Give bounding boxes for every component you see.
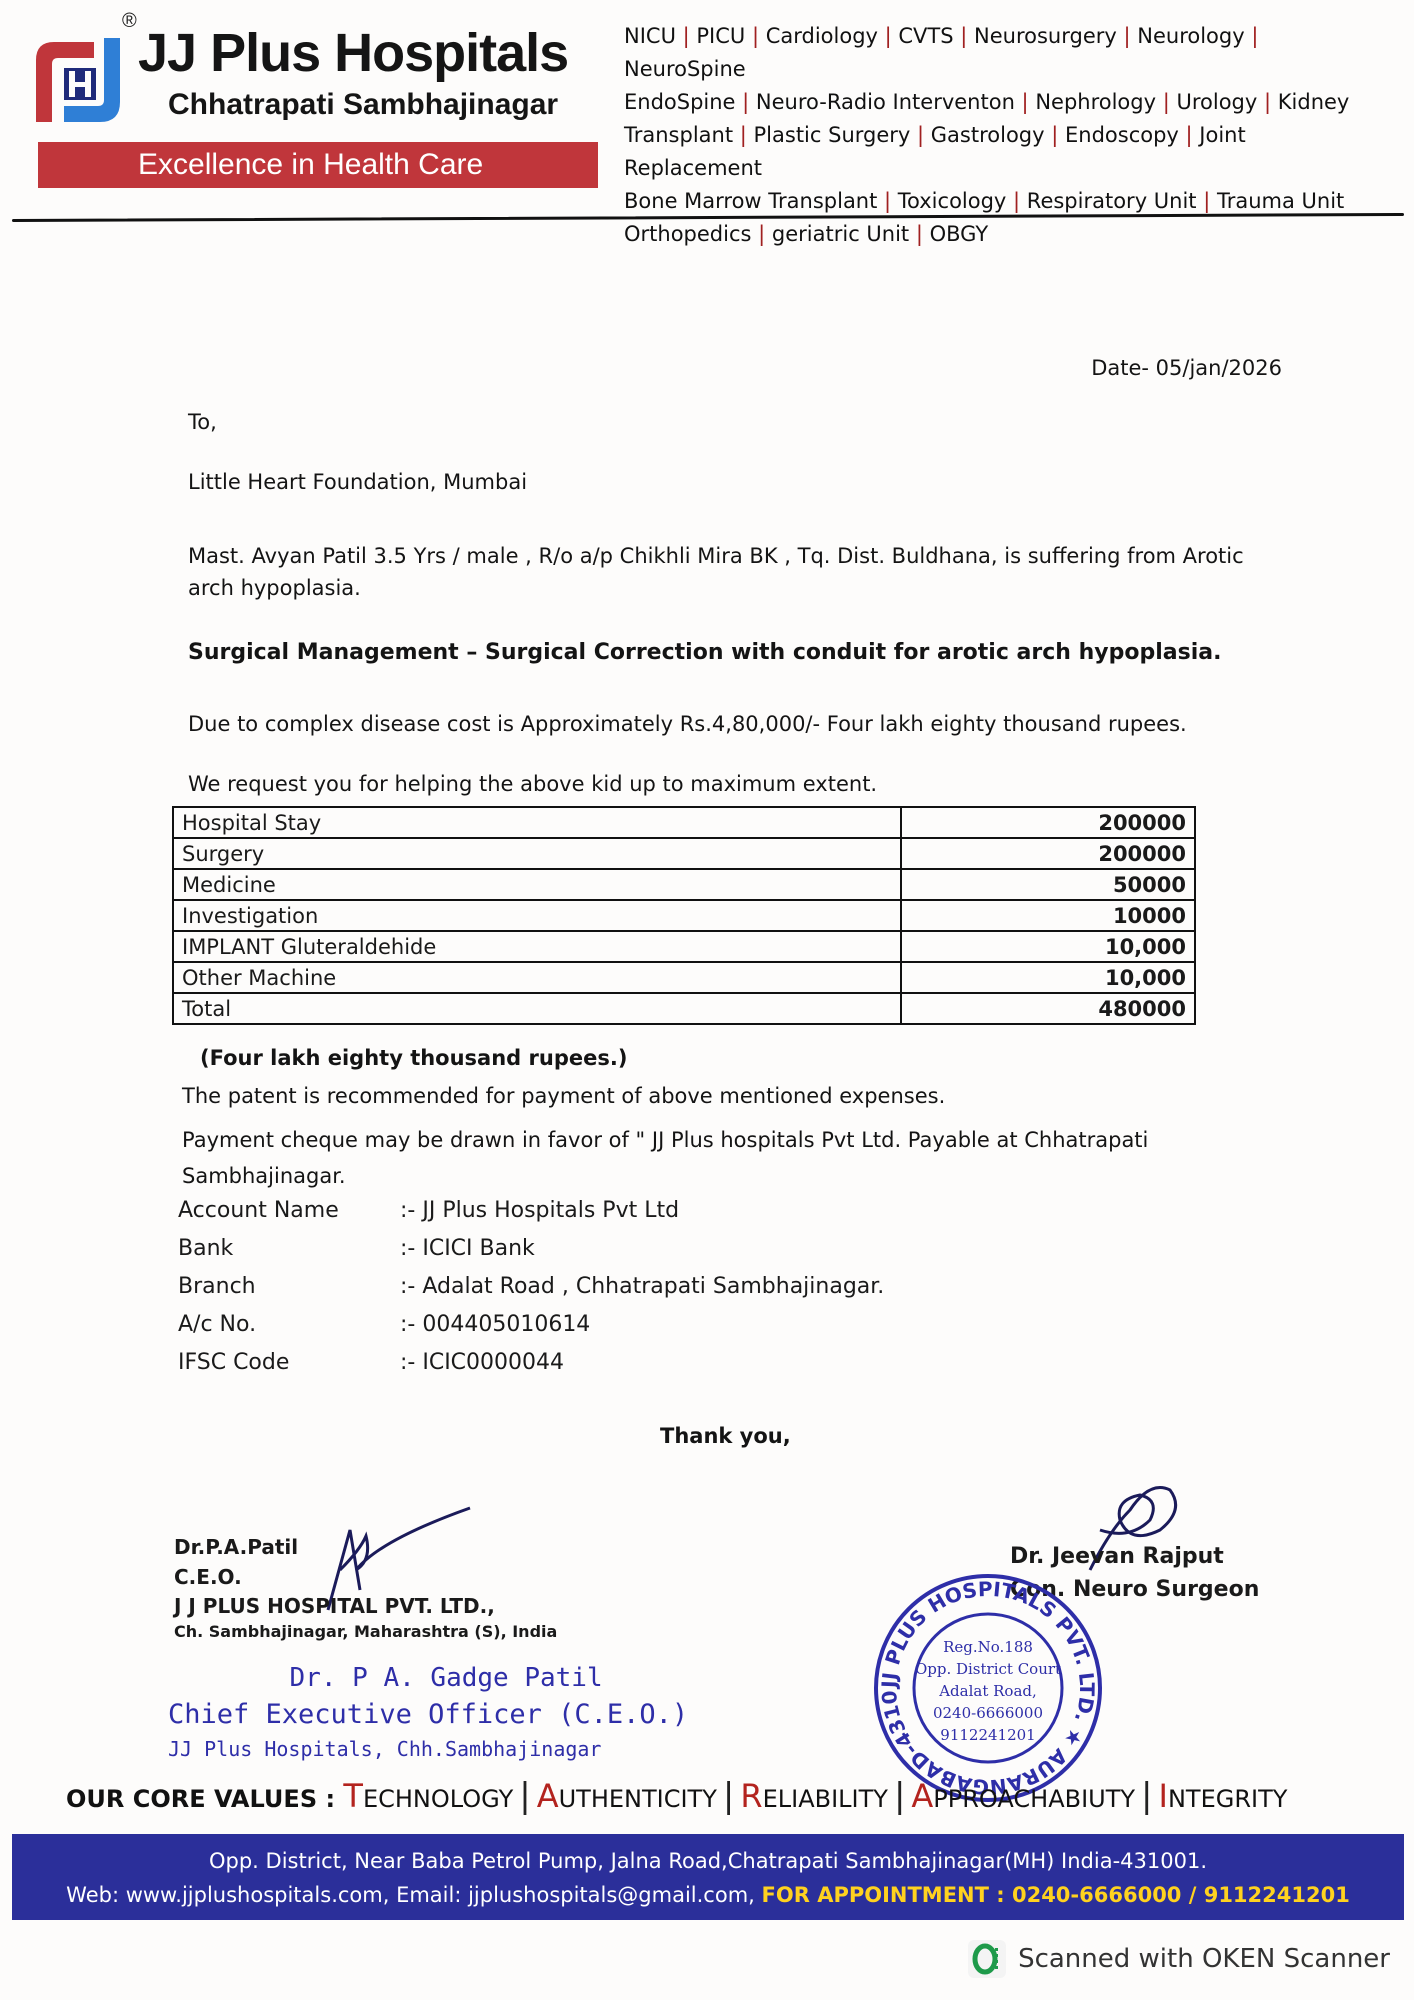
hospital-name: JJ Plus Hospitals <box>138 22 568 84</box>
cost-item: Surgery <box>173 838 901 869</box>
bank-detail-row: Account Name:- JJ Plus Hospitals Pvt Ltd <box>178 1192 884 1230</box>
separator: | <box>1179 123 1199 147</box>
bank-detail-row: Bank:- ICICI Bank <box>178 1230 884 1268</box>
cost-amount: 200000 <box>901 838 1195 869</box>
separator: | <box>1015 90 1035 114</box>
table-row: Medicine50000 <box>173 869 1195 900</box>
department-item: Respiratory Unit <box>1027 189 1197 213</box>
hospital-city: Chhatrapati Sambhajinagar <box>168 88 558 122</box>
footer-address: Opp. District, Near Baba Petrol Pump, Ja… <box>12 1834 1404 1878</box>
separator: | <box>1245 24 1259 48</box>
cost-amount: 10,000 <box>901 931 1195 962</box>
department-item: Urology <box>1176 90 1257 114</box>
separator: | <box>909 222 929 246</box>
separator: | <box>733 123 753 147</box>
core-value: INTEGRITY <box>1159 1785 1288 1813</box>
cost-amount: 10000 <box>901 900 1195 931</box>
table-row: Other Machine10,000 <box>173 962 1195 993</box>
bank-detail-label: IFSC Code <box>178 1344 400 1382</box>
separator: | <box>878 24 898 48</box>
core-values: OUR CORE VALUES : TECHNOLOGY|AUTHENTICIT… <box>66 1776 1287 1816</box>
bank-detail-value: :- JJ Plus Hospitals Pvt Ltd <box>400 1192 679 1230</box>
bank-detail-label: A/c No. <box>178 1306 400 1344</box>
department-item: geriatric Unit <box>772 222 909 246</box>
department-item: Gastrology <box>931 123 1045 147</box>
svg-text:Opp. District Court: Opp. District Court <box>915 1660 1061 1678</box>
hospital-seal-icon: JJ PLUS HOSPITALS PVT. LTD. ★ AURANGABAD… <box>870 1570 1106 1806</box>
separator: | <box>910 123 930 147</box>
table-row: Hospital Stay200000 <box>173 807 1195 838</box>
department-item: CVTS <box>898 24 953 48</box>
bank-detail-row: Branch:- Adalat Road , Chhatrapati Sambh… <box>178 1268 884 1306</box>
department-item: Transplant <box>624 123 733 147</box>
separator: | <box>1045 123 1065 147</box>
svg-text:Reg.No.188: Reg.No.188 <box>943 1638 1033 1656</box>
cost-statement: Due to complex disease cost is Approxima… <box>188 712 1187 736</box>
department-item: Trauma Unit <box>1217 189 1344 213</box>
separator: | <box>1006 189 1026 213</box>
surgical-management: Surgical Management – Surgical Correctio… <box>188 640 1221 665</box>
cost-item: Total <box>173 993 901 1024</box>
ceo-signature-block: Dr.P.A.Patil C.E.O. J J PLUS HOSPITAL PV… <box>174 1532 557 1644</box>
department-item: Cardiology <box>766 24 878 48</box>
cost-item: Medicine <box>173 869 901 900</box>
bank-detail-label: Bank <box>178 1230 400 1268</box>
cost-item: Other Machine <box>173 962 901 993</box>
separator: | <box>723 1776 734 1816</box>
core-value: TECHNOLOGY <box>343 1785 513 1813</box>
cost-amount: 480000 <box>901 993 1195 1024</box>
cheque-note: Payment cheque may be drawn in favor of … <box>182 1122 1292 1194</box>
departments-line: EndoSpine | Neuro-Radio Interventon | Ne… <box>624 86 1384 119</box>
separator: | <box>745 24 765 48</box>
bank-detail-value: :- Adalat Road , Chhatrapati Sambhajinag… <box>400 1268 884 1306</box>
department-item: NICU <box>624 24 676 48</box>
ceo-stamp-title: Chief Executive Officer (C.E.O.) <box>168 1696 688 1734</box>
department-item: PICU <box>696 24 745 48</box>
footer-web-email: Web: www.jjplushospitals.com, Email: jjp… <box>66 1883 755 1907</box>
core-value: AUTHENTICITY <box>537 1785 717 1813</box>
core-value: APPROACHABIUTY <box>911 1785 1135 1813</box>
department-item: Endoscopy <box>1065 123 1179 147</box>
department-item: Kidney <box>1278 90 1350 114</box>
department-item: Orthopedics <box>624 222 751 246</box>
patient-paragraph: Mast. Avyan Patil 3.5 Yrs / male , R/o a… <box>188 540 1288 604</box>
surgeon-name: Dr. Jeevan Rajput <box>1010 1540 1259 1573</box>
table-row: Surgery200000 <box>173 838 1195 869</box>
separator: | <box>1141 1776 1152 1816</box>
footer-appointment: FOR APPOINTMENT : 0240-6666000 / 9112241… <box>762 1883 1350 1907</box>
scanner-watermark: Scanned with OKEN Scanner <box>968 1940 1390 1978</box>
separator: | <box>676 24 696 48</box>
ceo-location: Ch. Sambhajinagar, Maharashtra (S), Indi… <box>174 1620 557 1644</box>
department-item: Neurosurgery <box>974 24 1117 48</box>
departments-line: Transplant | Plastic Surgery | Gastrolog… <box>624 119 1384 185</box>
separator: | <box>751 222 771 246</box>
cost-breakdown-table: Hospital Stay200000Surgery200000Medicine… <box>172 806 1196 1025</box>
bank-detail-label: Account Name <box>178 1192 400 1230</box>
bank-detail-label: Branch <box>178 1268 400 1306</box>
cost-amount: 50000 <box>901 869 1195 900</box>
department-item: NeuroSpine <box>624 57 746 81</box>
request-line: We request you for helping the above kid… <box>188 772 877 796</box>
bank-detail-value: :- 004405010614 <box>400 1306 590 1344</box>
ceo-company: J J PLUS HOSPITAL PVT. LTD., <box>174 1592 557 1620</box>
separator: | <box>1156 90 1176 114</box>
tagline-text: Excellence in Health Care <box>138 148 483 181</box>
cost-item: IMPLANT Gluteraldehide <box>173 931 901 962</box>
cost-amount: 10,000 <box>901 962 1195 993</box>
ceo-stamp: Dr. P A. Gadge Patil Chief Executive Off… <box>168 1660 688 1764</box>
department-item: Neurology <box>1137 24 1244 48</box>
svg-text:0240-6666000: 0240-6666000 <box>933 1704 1043 1722</box>
core-values-label: OUR CORE VALUES : <box>66 1785 343 1813</box>
salutation: To, <box>188 410 217 434</box>
departments-line: Orthopedics | geriatric Unit | OBGY <box>624 218 1384 251</box>
bank-detail-value: :- ICIC0000044 <box>400 1344 564 1382</box>
ceo-stamp-name: Dr. P A. Gadge Patil <box>168 1660 688 1696</box>
department-item: OBGY <box>930 222 989 246</box>
department-item: Neuro-Radio Interventon <box>756 90 1015 114</box>
separator: | <box>877 189 897 213</box>
separator: | <box>519 1776 530 1816</box>
addressee: Little Heart Foundation, Mumbai <box>188 470 527 494</box>
separator: | <box>735 90 755 114</box>
closing: Thank you, <box>660 1424 791 1448</box>
separator: | <box>894 1776 905 1816</box>
oken-scanner-logo-icon <box>968 1940 1006 1978</box>
svg-text:9112241201: 9112241201 <box>940 1726 1035 1744</box>
separator: | <box>1197 189 1217 213</box>
department-item: Bone Marrow Transplant <box>624 189 877 213</box>
department-item: EndoSpine <box>624 90 735 114</box>
ceo-name: Dr.P.A.Patil <box>174 1532 557 1562</box>
footer-bar: Opp. District, Near Baba Petrol Pump, Ja… <box>12 1834 1404 1920</box>
table-row: IMPLANT Gluteraldehide10,000 <box>173 931 1195 962</box>
bank-details: Account Name:- JJ Plus Hospitals Pvt Ltd… <box>178 1192 884 1382</box>
bank-detail-row: A/c No.:- 004405010614 <box>178 1306 884 1344</box>
jj-plus-logo-icon <box>28 30 128 130</box>
amount-in-words: (Four lakh eighty thousand rupees.) <box>200 1046 627 1070</box>
separator: | <box>1117 24 1137 48</box>
ceo-title: C.E.O. <box>174 1562 557 1592</box>
cost-amount: 200000 <box>901 807 1195 838</box>
registered-mark: ® <box>122 10 137 33</box>
department-item: Nephrology <box>1035 90 1156 114</box>
svg-text:Adalat Road,: Adalat Road, <box>938 1682 1037 1700</box>
department-item: Toxicology <box>898 189 1007 213</box>
bank-detail-value: :- ICICI Bank <box>400 1230 535 1268</box>
recommendation-line: The patent is recommended for payment of… <box>182 1084 945 1108</box>
department-item: Plastic Surgery <box>754 123 911 147</box>
separator: | <box>954 24 974 48</box>
tagline-banner: Excellence in Health Care <box>38 142 598 188</box>
core-value: RELIABILITY <box>740 1785 888 1813</box>
scanner-watermark-text: Scanned with OKEN Scanner <box>1018 1944 1390 1974</box>
cost-item: Investigation <box>173 900 901 931</box>
letter-date: Date- 05/jan/2026 <box>1091 356 1282 380</box>
table-row: Total480000 <box>173 993 1195 1024</box>
separator: | <box>1257 90 1277 114</box>
cost-item: Hospital Stay <box>173 807 901 838</box>
ceo-stamp-org: JJ Plus Hospitals, Chh.Sambhajinagar <box>168 1734 688 1764</box>
bank-detail-row: IFSC Code:- ICIC0000044 <box>178 1344 884 1382</box>
table-row: Investigation10000 <box>173 900 1195 931</box>
departments-line: NICU | PICU | Cardiology | CVTS | Neuros… <box>624 20 1384 86</box>
